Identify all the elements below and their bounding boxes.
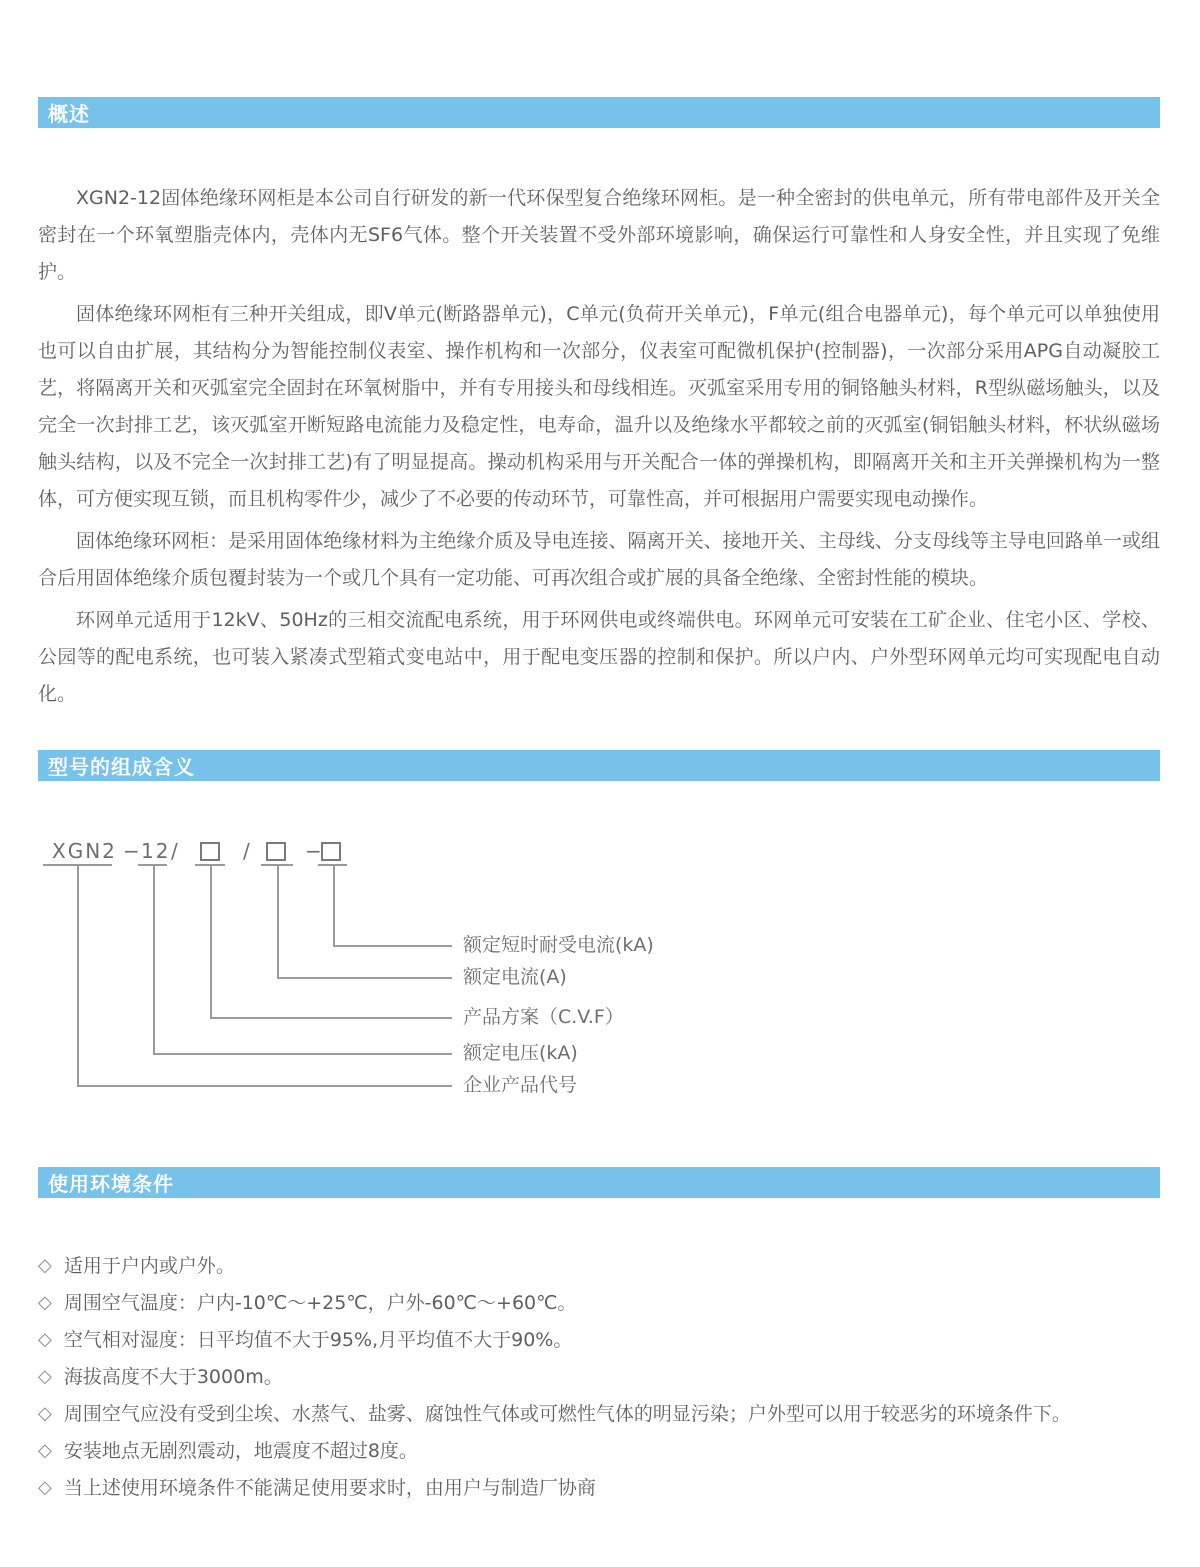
section-title-overview: 概述 — [48, 98, 90, 127]
branch-label: 企业产品代号 — [463, 1073, 577, 1097]
branch-horizontal-line — [333, 945, 452, 947]
environment-condition-item: ◇安装地点无剧烈震动，地震度不超过8度。 — [38, 1439, 1160, 1463]
branch-horizontal-line — [277, 977, 452, 979]
section-title-environment: 使用环境条件 — [48, 1168, 174, 1197]
diamond-bullet-icon: ◇ — [38, 1439, 52, 1463]
branch-horizontal-line — [210, 1017, 452, 1019]
overview-paragraph: 固体绝缘环网柜有三种开关组成，即V单元(断路器单元)，C单元(负荷开关单元)，F… — [38, 296, 1160, 518]
environment-condition-item: ◇海拔高度不大于3000m。 — [38, 1365, 1160, 1389]
model-code-token: / — [171, 841, 180, 861]
section-title-model-meaning: 型号的组成含义 — [48, 751, 195, 780]
diamond-bullet-icon: ◇ — [38, 1328, 52, 1352]
branch-vertical-line — [210, 866, 212, 1017]
model-code-token: XGN2 — [52, 841, 117, 861]
diamond-bullet-icon: ◇ — [38, 1365, 52, 1389]
overview-paragraph: XGN2-12固体绝缘环网柜是本公司自行研发的新一代环保型复合绝缘环网柜。是一种… — [38, 180, 1160, 291]
diamond-bullet-icon: ◇ — [38, 1402, 52, 1426]
branch-vertical-line — [333, 866, 335, 945]
branch-horizontal-line — [77, 1085, 452, 1087]
section-header-environment: 使用环境条件 — [38, 1167, 1160, 1198]
model-code-token: − — [123, 841, 142, 861]
environment-condition-text: 海拔高度不大于3000m。 — [64, 1365, 1160, 1389]
environment-condition-item: ◇适用于户内或户外。 — [38, 1254, 1160, 1278]
environment-condition-text: 周围空气温度：户内-10℃～+25℃，户外-60℃～+60℃。 — [64, 1291, 1160, 1315]
environment-condition-text: 适用于户内或户外。 — [64, 1254, 1160, 1278]
branch-label: 额定电压(kA) — [463, 1041, 578, 1065]
model-code-token: 12 — [141, 841, 170, 861]
section-header-overview: 概述 — [38, 97, 1160, 128]
environment-condition-text: 空气相对湿度：日平均值不大于95%,月平均值不大于90%。 — [64, 1328, 1160, 1352]
section-header-model-meaning: 型号的组成含义 — [38, 750, 1160, 781]
model-code-token: / — [243, 841, 252, 861]
model-code-box — [200, 842, 220, 861]
overview-paragraph: 固体绝缘环网柜：是采用固体绝缘材料为主绝缘介质及导电连接、隔离开关、接地开关、主… — [38, 523, 1160, 597]
environment-condition-item: ◇周围空气应没有受到尘埃、水蒸气、盐雾、腐蚀性气体或可燃性气体的明显污染；户外型… — [38, 1402, 1160, 1426]
overview-paragraph: 环网单元适用于12kV、50Hz的三相交流配电系统，用于环网供电或终端供电。环网… — [38, 602, 1160, 713]
branch-label: 产品方案（C.V.F） — [463, 1005, 624, 1029]
model-code-box — [321, 842, 341, 861]
branch-vertical-line — [277, 866, 279, 977]
environment-condition-text: 安装地点无剧烈震动，地震度不超过8度。 — [64, 1439, 1160, 1463]
branch-horizontal-line — [153, 1053, 452, 1055]
branch-vertical-line — [77, 866, 79, 1085]
model-designation-diagram: XGN2−12//−额定短时耐受电流(kA)额定电流(A)产品方案（C.V.F）… — [38, 841, 1160, 1103]
environment-condition-item: ◇周围空气温度：户内-10℃～+25℃，户外-60℃～+60℃。 — [38, 1291, 1160, 1315]
environment-condition-item: ◇空气相对湿度：日平均值不大于95%,月平均值不大于90%。 — [38, 1328, 1160, 1352]
branch-label: 额定电流(A) — [463, 965, 567, 989]
branch-vertical-line — [153, 866, 155, 1053]
environment-condition-text: 当上述使用环境条件不能满足使用要求时，由用户与制造厂协商 — [64, 1476, 1160, 1500]
environment-condition-item: ◇当上述使用环境条件不能满足使用要求时，由用户与制造厂协商 — [38, 1476, 1160, 1500]
environment-condition-text: 周围空气应没有受到尘埃、水蒸气、盐雾、腐蚀性气体或可燃性气体的明显污染；户外型可… — [64, 1402, 1160, 1426]
environment-conditions-list: ◇适用于户内或户外。◇周围空气温度：户内-10℃～+25℃，户外-60℃～+60… — [38, 1198, 1160, 1500]
branch-label: 额定短时耐受电流(kA) — [463, 933, 654, 957]
diamond-bullet-icon: ◇ — [38, 1476, 52, 1500]
document-page: 概述 XGN2-12固体绝缘环网柜是本公司自行研发的新一代环保型复合绝缘环网柜。… — [0, 0, 1200, 1567]
model-code-box — [266, 842, 286, 861]
diamond-bullet-icon: ◇ — [38, 1254, 52, 1278]
overview-paragraphs: XGN2-12固体绝缘环网柜是本公司自行研发的新一代环保型复合绝缘环网柜。是一种… — [38, 180, 1160, 713]
diamond-bullet-icon: ◇ — [38, 1291, 52, 1315]
